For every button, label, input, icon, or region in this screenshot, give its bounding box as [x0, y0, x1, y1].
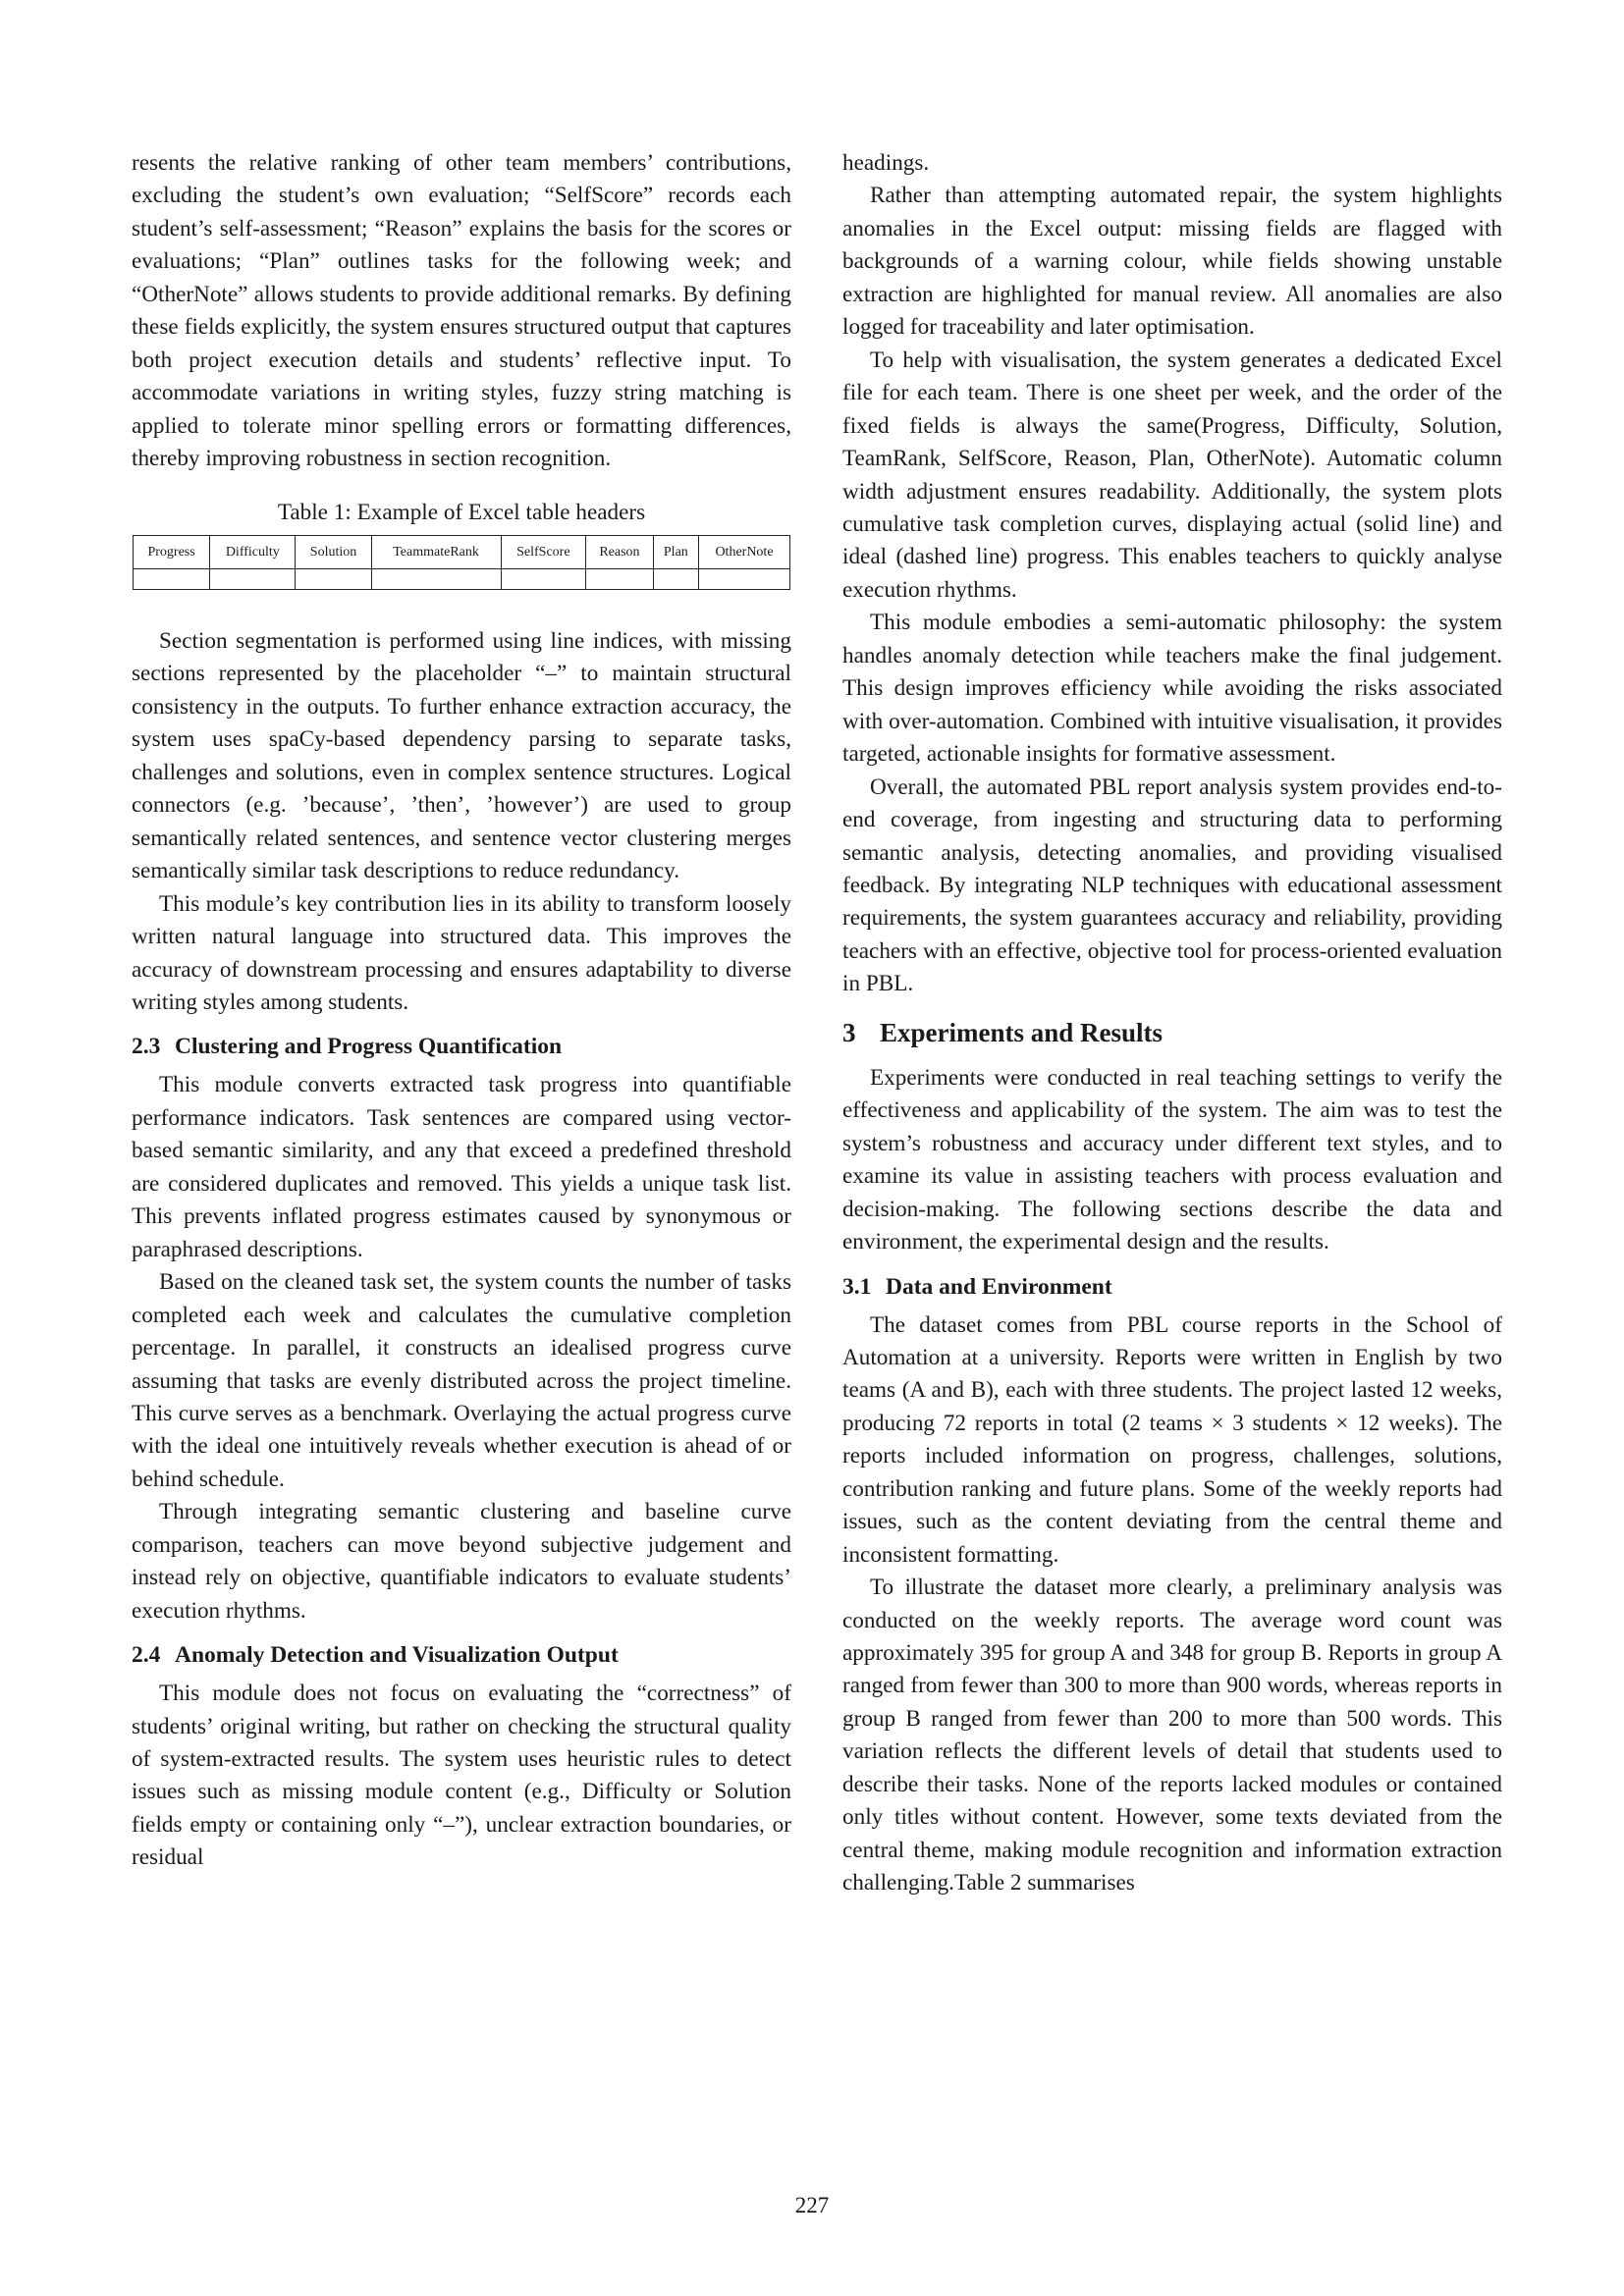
table-header-cell: Difficulty	[210, 535, 296, 568]
paragraph: This module converts extracted task prog…	[132, 1069, 791, 1266]
paragraph: To illustrate the dataset more clearly, …	[842, 1572, 1502, 1900]
section-heading-2-3: 2.3Clustering and Progress Quantificatio…	[132, 1031, 791, 1063]
table-cell	[296, 568, 371, 589]
table-cell	[698, 568, 789, 589]
paragraph: The dataset comes from PBL course report…	[842, 1309, 1502, 1573]
right-column: headings. Rather than attempting automat…	[842, 147, 1502, 1900]
paragraph: Experiments were conducted in real teach…	[842, 1062, 1502, 1259]
table-cell	[134, 568, 210, 589]
paragraph-philosophy: This module embodies a semi-automatic ph…	[842, 607, 1502, 771]
section-number: 3	[842, 1015, 880, 1050]
section-heading-3-1: 3.1Data and Environment	[842, 1271, 1502, 1304]
paragraph-field-definitions: resents the relative ranking of other te…	[132, 147, 791, 476]
left-column: resents the relative ranking of other te…	[132, 147, 791, 1875]
table-header-row: Progress Difficulty Solution TeammateRan…	[134, 535, 790, 568]
table-header-cell: Solution	[296, 535, 371, 568]
table-row	[134, 568, 790, 589]
section-title: Clustering and Progress Quantification	[175, 1034, 562, 1059]
section-heading-3: 3Experiments and Results	[842, 1015, 1502, 1050]
table-cell	[210, 568, 296, 589]
paragraph: Through integrating semantic clustering …	[132, 1496, 791, 1628]
section-title: Anomaly Detection and Visualization Outp…	[175, 1642, 619, 1668]
table-header-cell: OtherNote	[698, 535, 789, 568]
table-header-cell: TeammateRank	[371, 535, 501, 568]
page-number: 227	[0, 2193, 1624, 2218]
section-heading-2-4: 2.4Anomaly Detection and Visualization O…	[132, 1639, 791, 1672]
table-header-cell: SelfScore	[501, 535, 586, 568]
paragraph: This module does not focus on evaluating…	[132, 1678, 791, 1875]
table-cell	[371, 568, 501, 589]
section-number: 3.1	[842, 1271, 886, 1304]
section-title: Experiments and Results	[880, 1018, 1163, 1047]
paragraph-visualisation: To help with visualisation, the system g…	[842, 345, 1502, 608]
section-title: Data and Environment	[886, 1274, 1112, 1300]
paragraph-segmentation: Section segmentation is performed using …	[132, 625, 791, 888]
section-number: 2.3	[132, 1031, 175, 1063]
section-number: 2.4	[132, 1639, 175, 1672]
paragraph-overall: Overall, the automated PBL report analys…	[842, 772, 1502, 1001]
paragraph-continuation: headings.	[842, 147, 1502, 180]
table-header-cell: Progress	[134, 535, 210, 568]
table-cell	[501, 568, 586, 589]
table-caption: Table 1: Example of Excel table headers	[132, 498, 791, 527]
table-cell	[653, 568, 698, 589]
table-cell	[586, 568, 654, 589]
paragraph: Based on the cleaned task set, the syste…	[132, 1266, 791, 1496]
table-header-cell: Reason	[586, 535, 654, 568]
excel-headers-table: Progress Difficulty Solution TeammateRan…	[133, 535, 790, 590]
table-1: Table 1: Example of Excel table headers …	[132, 498, 791, 590]
paragraph-contribution: This module’s key contribution lies in i…	[132, 888, 791, 1020]
table-header-cell: Plan	[653, 535, 698, 568]
paragraph-repair: Rather than attempting automated repair,…	[842, 180, 1502, 344]
